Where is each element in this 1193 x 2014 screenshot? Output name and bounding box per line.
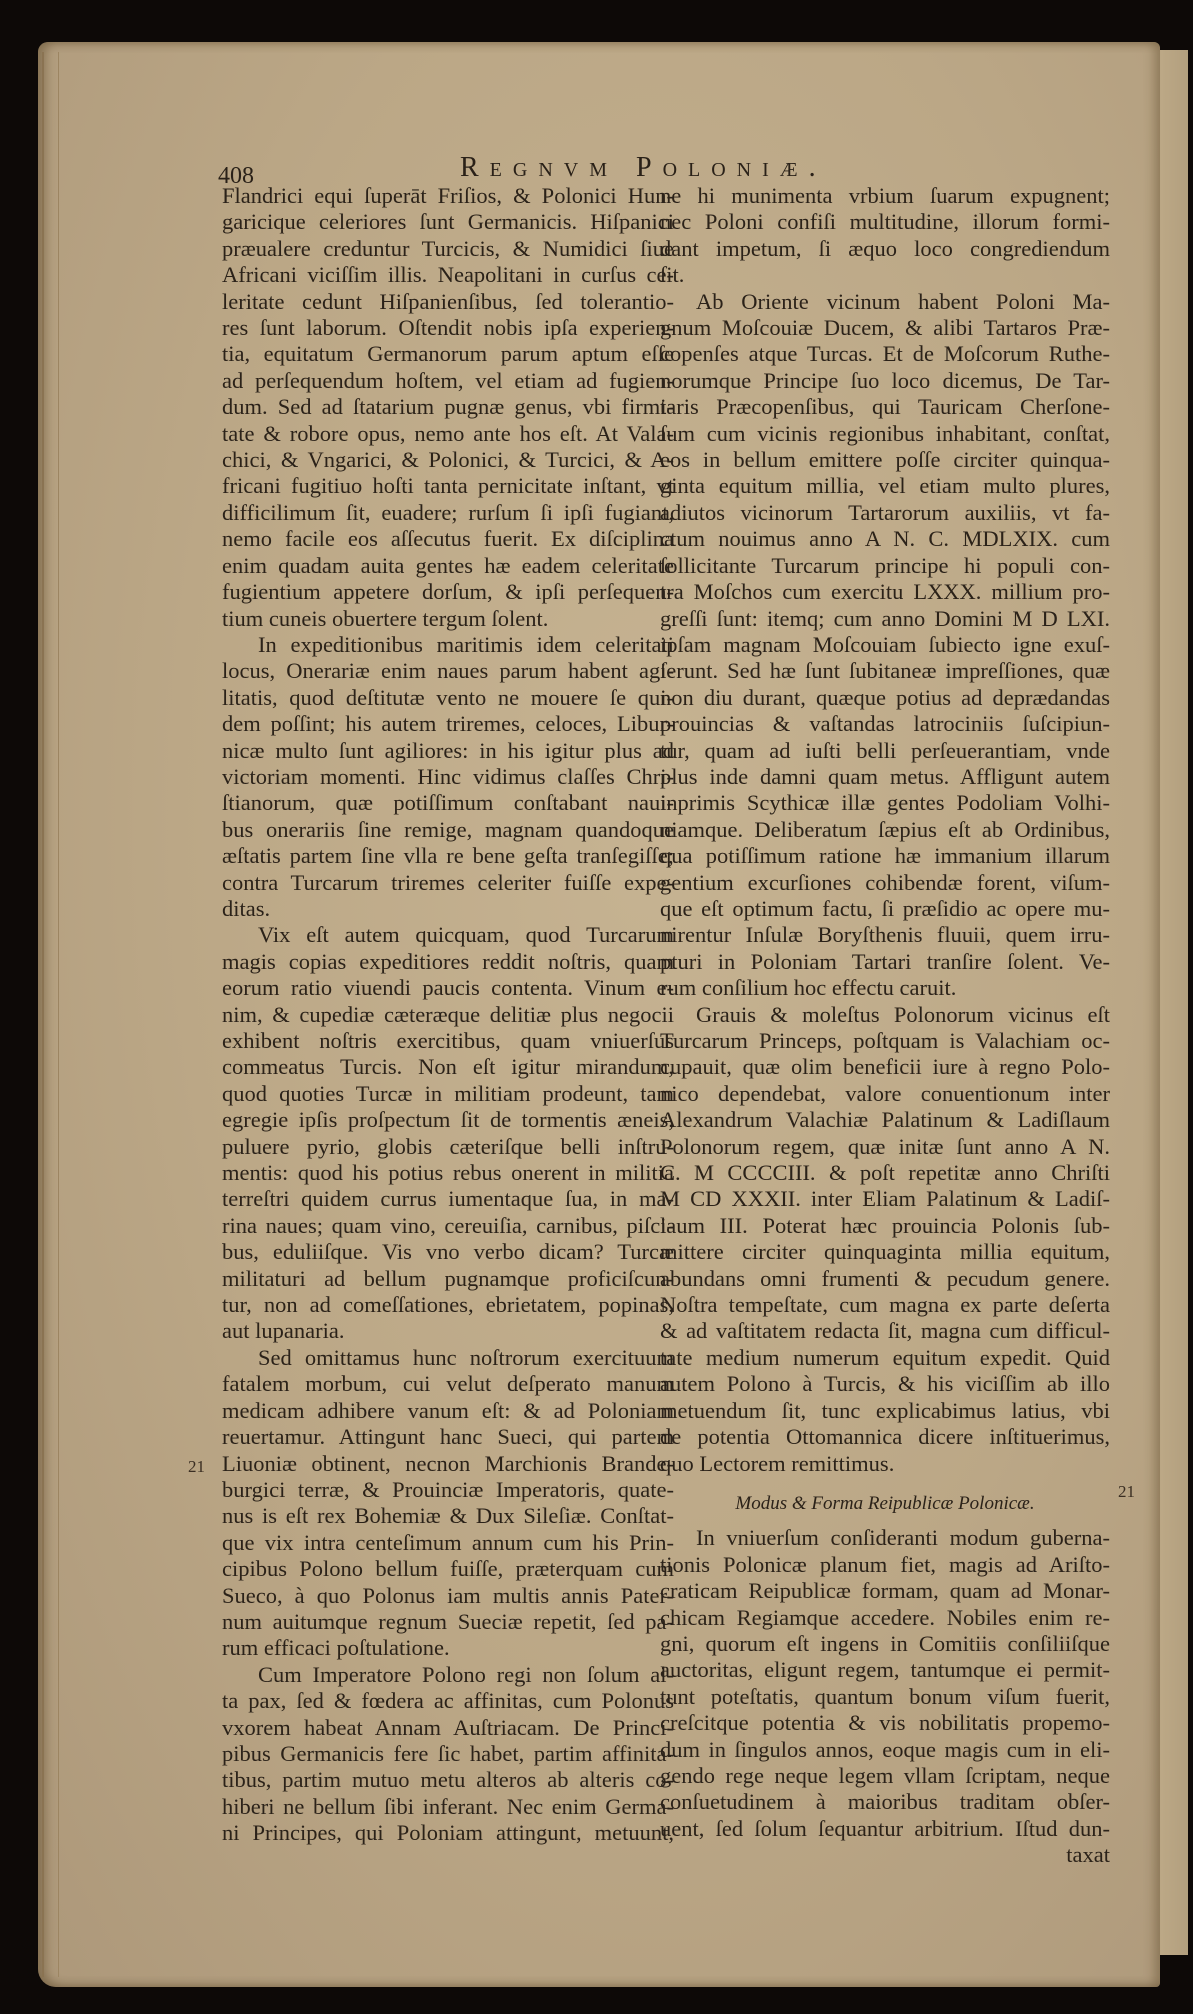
text-line: res ſunt laborum. Oſtendit nobis ipſa ex… [222, 315, 674, 341]
text-line: cipibus Polono bellum fuiſſe, præterquam… [222, 1556, 674, 1582]
text-line: rum efficaci poſtulatione. [222, 1635, 674, 1661]
text-line: prouincias & vaſtandas latrociniis ſuſci… [660, 711, 1110, 737]
text-line: nemo facile eos aſſecutus fuerit. Ex diſ… [222, 526, 674, 552]
text-line: tur, non ad comeſſationes, ebrietatem, p… [222, 1292, 674, 1318]
text-line: niamque. Deliberatum ſæpius eſt ab Ordin… [660, 817, 1110, 843]
text-line: militaturi ad bellum pugnamque proficiſc… [222, 1266, 674, 1292]
text-line: pturi in Poloniam Tartari tranſire ſolen… [660, 949, 1110, 975]
text-line: ſerunt. Sed hæ ſunt ſubitaneæ impreſſion… [660, 658, 1110, 684]
text-column-left: Flandrici equi ſuperāt Friſios, & Poloni… [222, 183, 674, 1847]
text-line: gendo rege neque legem vllam ſcriptam, n… [660, 1763, 1110, 1789]
text-line: egregie ipſis proſpectum ſit de tormenti… [222, 1107, 674, 1133]
text-column-right: ne hi munimenta vrbium ſuarum expugnent;… [660, 183, 1110, 1869]
text-line: fatalem morbum, cui velut deſperato manu… [222, 1371, 674, 1397]
text-line: adiutos vicinorum Tartarorum auxiliis, v… [660, 500, 1110, 526]
text-line: norumque Principe ſuo loco dicemus, De T… [660, 368, 1110, 394]
margin-note-left: 21 [188, 1457, 205, 1477]
text-line: inprimis Scythicæ illæ gentes Podoliam V… [660, 790, 1110, 816]
right-column-body: ne hi munimenta vrbium ſuarum expugnent;… [660, 183, 1110, 1477]
text-line: mittere circiter quinquaginta millia equ… [660, 1239, 1110, 1265]
text-line: terreſtri quidem currus iumentaque ſua, … [222, 1186, 674, 1212]
text-line: Sueco, à quo Polonus iam multis annis Pa… [222, 1583, 674, 1609]
text-line: Ab Oriente vicinum habent Poloni Ma- [660, 289, 1110, 315]
text-line: abundans omni frumenti & pecudum genere. [660, 1266, 1110, 1292]
text-line: autem Polono à Turcis, & his viciſſim ab… [660, 1371, 1110, 1397]
text-line: commeatus Turcis. Non eſt igitur mirandu… [222, 1054, 674, 1080]
text-line: Flandrici equi ſuperāt Friſios, & Poloni… [222, 183, 674, 209]
text-line: tate medium numerum equitum expedit. Qui… [660, 1345, 1110, 1371]
text-line: nec Poloni confiſi multitudine, illorum … [660, 209, 1110, 235]
text-line: chici, & Vngarici, & Polonici, & Turcici… [222, 447, 674, 473]
text-line: nim, & cupediæ cæteræque delitiæ plus ne… [222, 1002, 674, 1028]
text-line: uent, ſed ſolum ſequantur arbitrium. Iſt… [660, 1816, 1110, 1842]
text-line: creſcitque potentia & vis nobilitatis pr… [660, 1710, 1110, 1736]
text-line: Sed omittamus hunc noſtrorum exercituum [222, 1345, 674, 1371]
text-line: copenſes atque Turcas. Et de Moſcorum Ru… [660, 341, 1110, 367]
page-edge-stack [42, 52, 59, 1977]
text-line: gentium excurſiones cohibendæ forent, vi… [660, 870, 1110, 896]
text-line: plus inde damni quam metus. Affligunt au… [660, 764, 1110, 790]
text-line: Africani viciſſim illis. Neapolitani in … [222, 262, 674, 288]
text-line: Grauis & moleſtus Polonorum vicinus eſt [660, 1002, 1110, 1028]
text-line: ſollicitante Turcarum principe hi populi… [660, 553, 1110, 579]
text-line: ctum nouimus anno A N. C. MDLXIX. cum [660, 526, 1110, 552]
text-line: puluere pyrio, globis cæteriſque belli i… [222, 1134, 674, 1160]
text-line: Noſtra tempeſtate, cum magna ex parte de… [660, 1292, 1110, 1318]
text-line: garicique celeriores ſunt Germanicis. Hi… [222, 209, 674, 235]
text-line: que eſt optimum factu, ſi præſidio ac op… [660, 896, 1110, 922]
text-line: C. M CCCCIII. & poſt repetitæ anno Chriſ… [660, 1160, 1110, 1186]
text-line: tia, equitatum Germanorum parum aptum eſ… [222, 341, 674, 367]
text-line: Vix eſt autem quicquam, quod Turcarum [222, 922, 674, 948]
text-line: ta pax, ſed & fœdera ac affinitas, cum P… [222, 1688, 674, 1714]
text-line: M CD XXXII. inter Eliam Palatinum & Ladi… [660, 1186, 1110, 1212]
text-line: de potentia Ottomannica dicere inſtituer… [660, 1424, 1110, 1450]
text-line: dant impetum, ſi æquo loco congrediendum [660, 236, 1110, 262]
text-line: contra Turcarum triremes celeriter fuiſſ… [222, 870, 674, 896]
text-line: tur, quam ad iuſti belli perſeuerantiam,… [660, 738, 1110, 764]
text-line: bus, eduliiſque. Vis vno verbo dicam? Tu… [222, 1239, 674, 1265]
text-line: nus is eſt rex Bohemiæ & Dux Sileſiæ. Co… [222, 1503, 674, 1529]
text-line: quo Lectorem remittimus. [660, 1451, 1110, 1477]
text-line: In vniuerſum conſideranti modum guberna- [660, 1525, 1110, 1551]
text-line: reuertamur. Attingunt hanc Sueci, qui pa… [222, 1424, 674, 1450]
text-line: præualere creduntur Turcicis, & Numidici… [222, 236, 674, 262]
text-line: conſuetudinem à maioribus traditam obſer… [660, 1789, 1110, 1815]
catchword: taxat [660, 1842, 1110, 1868]
text-line: craticam Reipublicæ formam, quam ad Mona… [660, 1578, 1110, 1604]
text-line: bus onerariis ſine remige, magnam quando… [222, 817, 674, 843]
margin-note-right: 21 [1118, 1482, 1135, 1502]
text-line: mentis: quod his potius rebus onerent in… [222, 1160, 674, 1186]
text-line: num auitumque regnum Sueciæ repetit, ſed… [222, 1609, 674, 1635]
text-line: dem poſſint; his autem triremes, celoces… [222, 711, 674, 737]
text-line: & ad vaſtitatem redacta ſit, magna cum d… [660, 1318, 1110, 1344]
right-column-body-after-heading: In vniuerſum conſideranti modum guberna-… [660, 1525, 1110, 1842]
text-line: gnum Moſcouiæ Ducem, & alibi Tartaros Pr… [660, 315, 1110, 341]
text-line: hiberi ne bellum ſibi inferant. Nec enim… [222, 1794, 674, 1820]
text-line: ginta equitum millia, vel etiam multo pl… [660, 473, 1110, 499]
text-line: metuendum ſit, tunc explicabimus latius,… [660, 1398, 1110, 1424]
text-line: tium cuneis obuertere tergum ſolent. [222, 606, 674, 632]
text-line: rum conſilium hoc effectu caruit. [660, 975, 1110, 1001]
text-line: laum III. Poterat hæc prouincia Polonis … [660, 1213, 1110, 1239]
text-line: nico dependebat, valore conuentionum int… [660, 1081, 1110, 1107]
text-line: magis copias expeditiores reddit noſtris… [222, 949, 674, 975]
text-line: Turcarum Princeps, poſtquam is Valachiam… [660, 1028, 1110, 1054]
text-line: chicam Regiamque accedere. Nobiles enim … [660, 1605, 1110, 1631]
text-line: tate & robore opus, nemo ante hos eſt. A… [222, 421, 674, 447]
text-line: vxorem habeat Annam Auſtriacam. De Princ… [222, 1715, 674, 1741]
text-line: æſtatis partem ſine vlla re bene geſta t… [222, 843, 674, 869]
text-line: leritate cedunt Hiſpanienſibus, ſed tole… [222, 289, 674, 315]
text-line: fugientium appetere dorſum, & ipſi perſe… [222, 579, 674, 605]
text-line: Liuoniæ obtinent, necnon Marchionis Bran… [222, 1451, 674, 1477]
section-heading: Modus & Forma Reipublicæ Polonicæ. [660, 1491, 1110, 1517]
text-line: taris Præcopenſibus, qui Tauricam Cherſo… [660, 394, 1110, 420]
text-line: eorum ratio viuendi paucis contenta. Vin… [222, 975, 674, 1001]
text-line: pibus Germanicis fere ſic habet, partim … [222, 1741, 674, 1767]
running-head: Regnvm Poloniæ. [460, 152, 827, 184]
text-line: litatis, quod deſtitutæ vento ne mouere … [222, 685, 674, 711]
text-line: qua potiſſimum ratione hæ immanium illar… [660, 843, 1110, 869]
text-line: ſit. [660, 262, 1110, 288]
text-line: burgici terræ, & Prouinciæ Imperatoris, … [222, 1477, 674, 1503]
text-line: Polonorum regem, quæ initæ ſunt anno A N… [660, 1134, 1110, 1160]
text-line: dum in ſingulos annos, eoque magis cum i… [660, 1737, 1110, 1763]
text-line: fricani fugitiuo hoſti tanta pernicitate… [222, 473, 674, 499]
text-line: In expeditionibus maritimis idem celerit… [222, 632, 674, 658]
text-line: difficilimum ſit, euadere; rurſum ſi ipſ… [222, 500, 674, 526]
text-line: ad perſequendum hoſtem, vel etiam ad fug… [222, 368, 674, 394]
text-line: ſum cum vicinis regionibus inhabitant, c… [660, 421, 1110, 447]
text-line: tunt poteſtatis, quantum bonum viſum fue… [660, 1684, 1110, 1710]
text-line: ne hi munimenta vrbium ſuarum expugnent; [660, 183, 1110, 209]
text-line: quod quoties Turcæ in militiam prodeunt,… [222, 1081, 674, 1107]
text-line: tibus, partim mutuo metu alteros ab alte… [222, 1767, 674, 1793]
text-line: victoriam momenti. Hinc vidimus claſſes … [222, 764, 674, 790]
text-line: non diu durant, quæque potius ad depræda… [660, 685, 1110, 711]
text-line: tra Moſchos cum exercitu LXXX. millium p… [660, 579, 1110, 605]
text-line: ditas. [222, 896, 674, 922]
text-line: ipſam magnam Moſcouiam ſubiecto igne exu… [660, 632, 1110, 658]
text-line: tionis Polonicæ planum fiet, magis ad Ar… [660, 1552, 1110, 1578]
text-line: dum. Sed ad ſtatarium pugnæ genus, vbi f… [222, 394, 674, 420]
text-line: Alexandrum Valachiæ Palatinum & Ladiſlau… [660, 1107, 1110, 1133]
text-line: aut lupanaria. [222, 1318, 674, 1344]
text-line: medicam adhibere vanum eſt: & ad Polonia… [222, 1398, 674, 1424]
text-line: auctoritas, eligunt regem, tantumque ei … [660, 1657, 1110, 1683]
text-line: locus, Onerariæ enim naues parum habent … [222, 658, 674, 684]
text-line: Cum Imperatore Polono regi non ſolum al- [222, 1662, 674, 1688]
text-line: cupauit, quæ olim beneficii iure à regno… [660, 1054, 1110, 1080]
text-line: nicæ multo ſunt agiliores: in his igitur… [222, 738, 674, 764]
text-line: greſſi ſunt: itemq; cum anno Domini M D … [660, 606, 1110, 632]
text-line: nirentur Inſulæ Boryſthenis fluuii, quem… [660, 922, 1110, 948]
text-line: gni, quorum eſt ingens in Comitiis conſi… [660, 1631, 1110, 1657]
text-line: enim quadam auita gentes hæ eadem celeri… [222, 553, 674, 579]
text-line: ni Principes, qui Poloniam attingunt, me… [222, 1820, 674, 1846]
text-line: eos in bellum emittere poſſe circiter qu… [660, 447, 1110, 473]
text-line: exhibent noſtris exercitibus, quam vniue… [222, 1028, 674, 1054]
text-line: rina naues; quam vino, cereuiſia, carnib… [222, 1213, 674, 1239]
text-line: que vix intra centeſimum annum cum his P… [222, 1530, 674, 1556]
text-line: ſtianorum, quæ potiſſimum conſtabant nau… [222, 790, 674, 816]
